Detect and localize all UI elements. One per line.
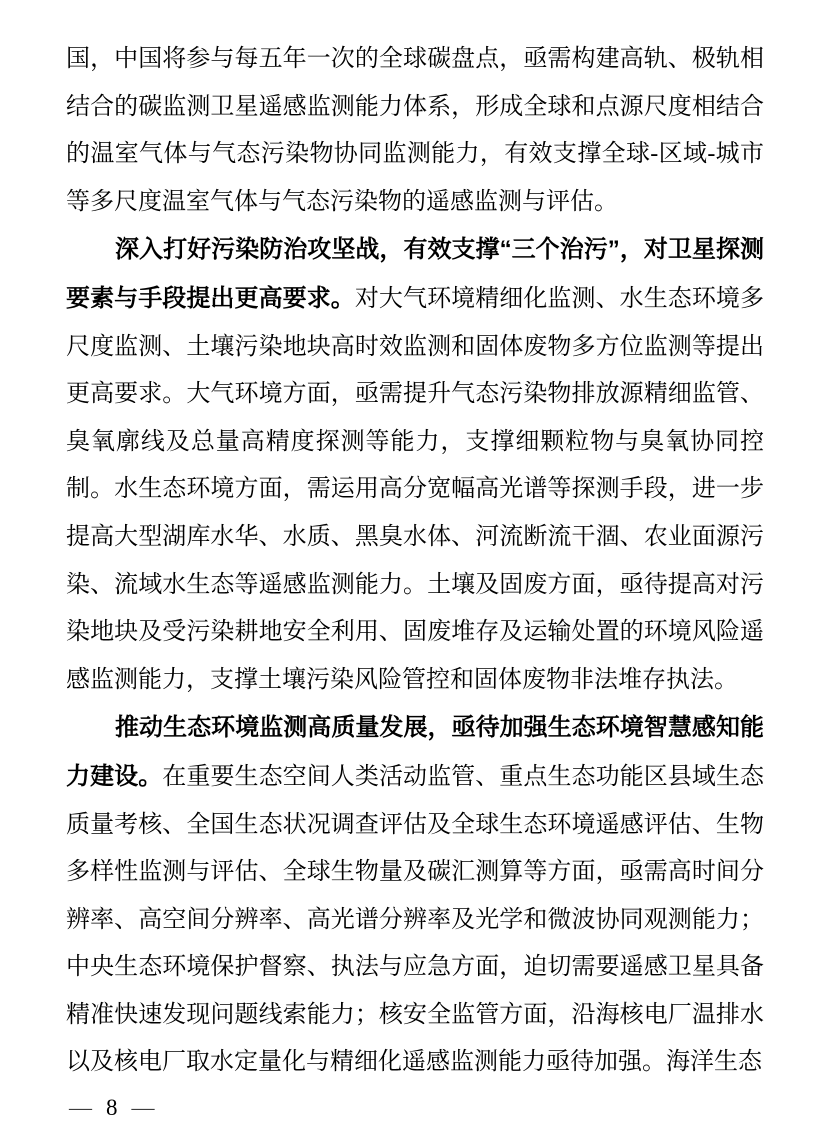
paragraph-pollution-control: 深入打好污染防治攻坚战，有效支撑“三个治污”，对卫星探测要素与手段提出更高要求。… (66, 226, 764, 704)
paragraph-carbon-monitoring: 国，中国将参与每五年一次的全球碳盘点，亟需构建高轨、极轨相结合的碳监测卫星遥感监… (66, 36, 764, 226)
document-page: 国，中国将参与每五年一次的全球碳盘点，亟需构建高轨、极轨相结合的碳监测卫星遥感监… (0, 0, 830, 1146)
paragraph-body-text: 在重要生态空间人类活动监管、重点生态功能区县域生态质量考核、全国生态状况调查评估… (66, 764, 764, 1076)
paragraph-body-text: 对大气环境精细化监测、水生态环境多尺度监测、土壤污染地块高时效监测和固体废物多方… (66, 286, 764, 693)
paragraph-eco-monitoring: 推动生态环境监测高质量发展，亟待加强生态环境智慧感知能力建设。在重要生态空间人类… (66, 704, 764, 1087)
footer-dash-left: — (67, 1094, 94, 1122)
footer-dash-right: — (130, 1094, 157, 1122)
page-body-text: 国，中国将参与每五年一次的全球碳盘点，亟需构建高轨、极轨相结合的碳监测卫星遥感监… (66, 36, 764, 1087)
page-footer: — 8 — (67, 1094, 157, 1122)
footer-page-number: 8 (94, 1094, 130, 1122)
paragraph-body-text: 国，中国将参与每五年一次的全球碳盘点，亟需构建高轨、极轨相结合的碳监测卫星遥感监… (66, 46, 764, 215)
